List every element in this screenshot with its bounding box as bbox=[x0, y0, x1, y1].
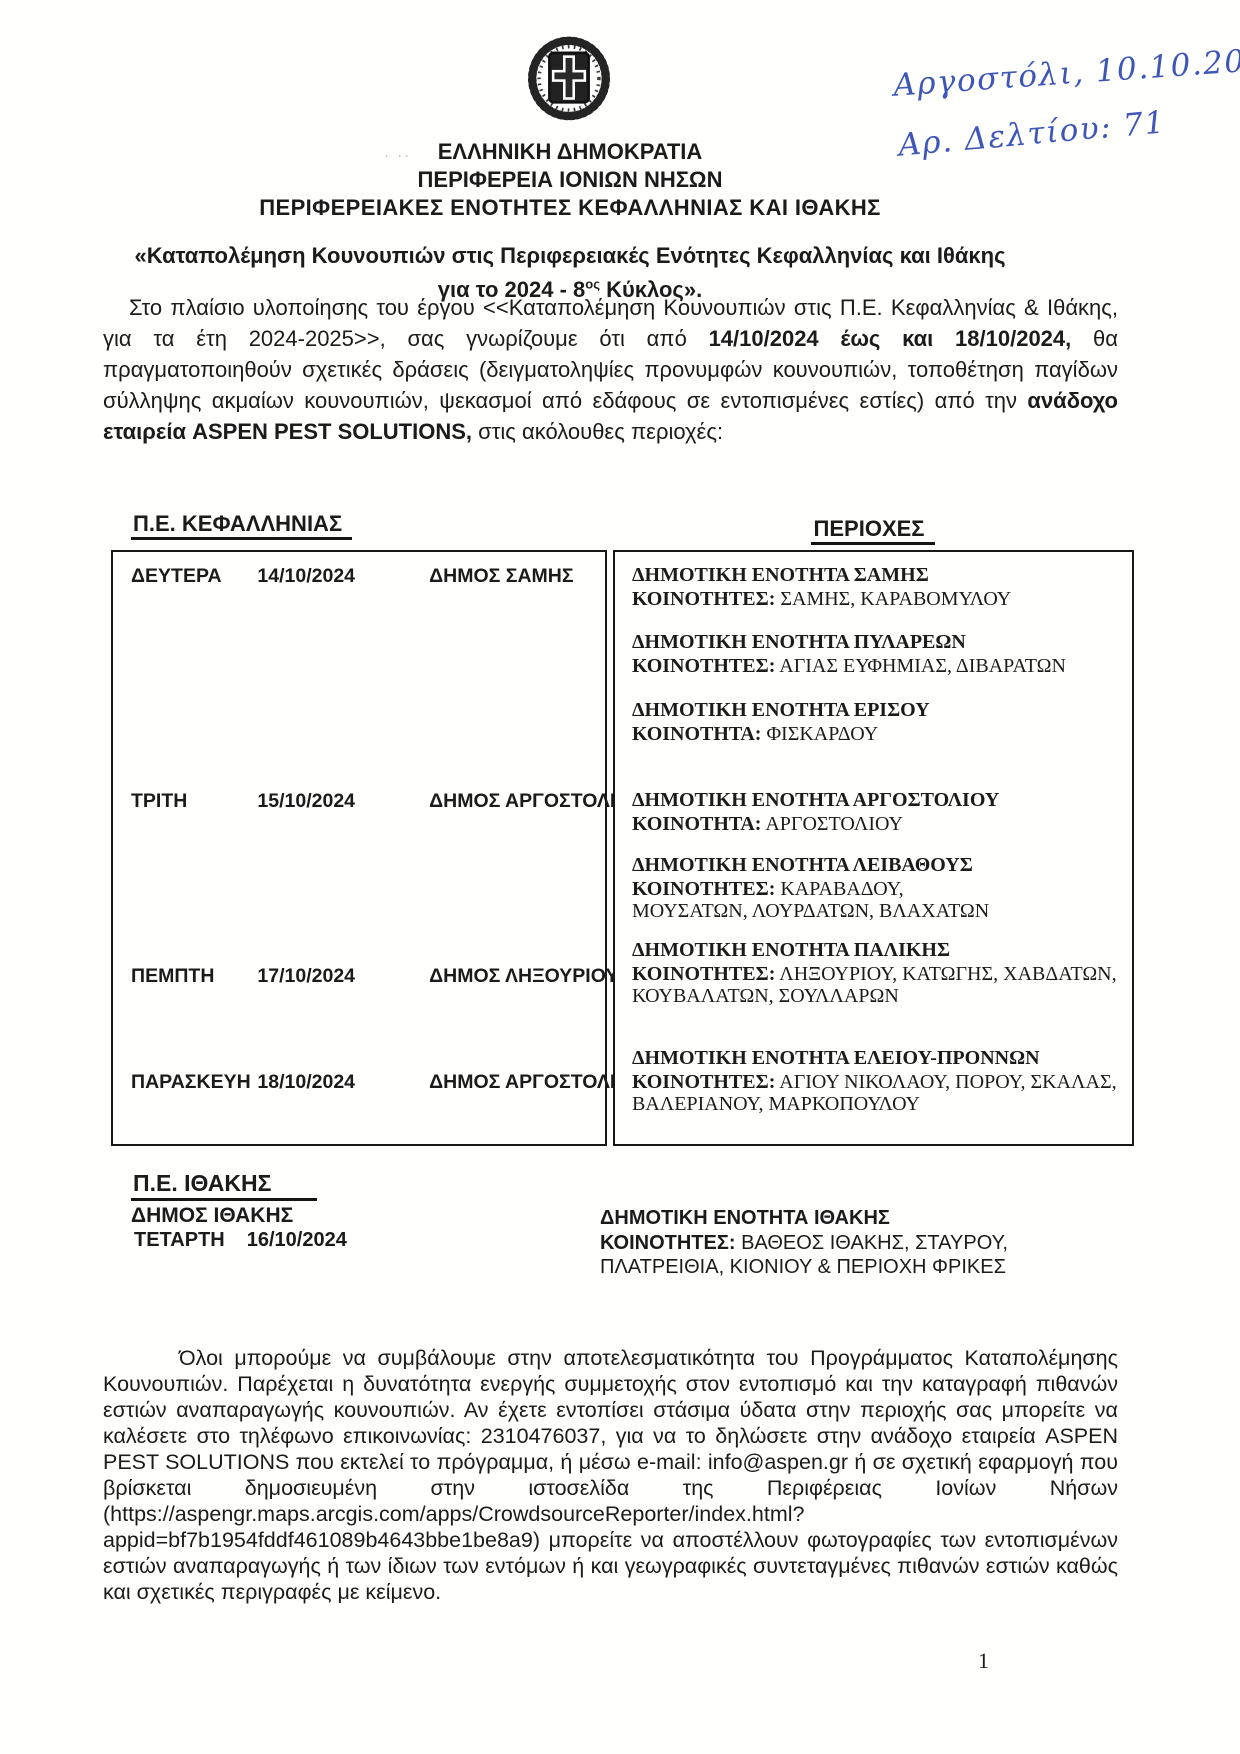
handwritten-date-annotation: Αργοστόλι, 10.10.2024 bbox=[892, 40, 1240, 103]
schedule-date: 17/10/2024 bbox=[257, 965, 424, 988]
area-block: ΔΗΜΟΤΙΚΗ ΕΝΟΤΗΤΑ ΛΕΙΒΑΘΟΥΣ ΚΟΙΝΟΤΗΤΕΣ: Κ… bbox=[632, 854, 1014, 923]
communities-label: ΚΟΙΝΟΤΗΤΑ: bbox=[632, 723, 761, 745]
areas-panel: ΔΗΜΟΤΙΚΗ ΕΝΟΤΗΤΑ ΣΑΜΗΣ ΚΟΙΝΟΤΗΤΕΣ: ΣΑΜΗΣ… bbox=[613, 550, 1134, 1146]
ithaki-date: 16/10/2024 bbox=[247, 1229, 347, 1251]
intro-dates-bold: 14/10/2024 έως και 18/10/2024, bbox=[709, 326, 1072, 351]
schedule-table: ΔΕΥΤΕΡΑ 14/10/2024 ΔΗΜΟΣ ΣΑΜΗΣ ΤΡΙΤΗ 15/… bbox=[111, 550, 607, 1146]
municipal-unit: ΔΗΜΟΤΙΚΗ ΕΝΟΤΗΤΑ ΙΘΑΚΗΣ bbox=[600, 1206, 1080, 1230]
closing-url-line1: (https://aspengr.maps.arcgis.com/apps/Cr… bbox=[103, 1502, 804, 1526]
communities-label: ΚΟΙΝΟΤΗΤΕΣ: bbox=[632, 655, 775, 677]
schedule-municipality: ΔΗΜΟΣ ΣΑΜΗΣ bbox=[429, 565, 573, 587]
area-block: ΔΗΜΟΤΙΚΗ ΕΝΟΤΗΤΑ ΕΡΙΣΟΥ ΚΟΙΝΟΤΗΤΑ: ΦΙΣΚΑ… bbox=[632, 699, 1118, 745]
municipal-unit: ΔΗΜΟΤΙΚΗ ΕΝΟΤΗΤΑ ΕΡΙΣΟΥ bbox=[632, 699, 1118, 722]
schedule-row: ΤΡΙΤΗ 15/10/2024 ΔΗΜΟΣ ΑΡΓΟΣΤΟΛΙΟΥ bbox=[131, 790, 603, 813]
communities-label: ΚΟΙΝΟΤΗΤΕΣ: bbox=[632, 588, 775, 610]
schedule-date: 14/10/2024 bbox=[257, 565, 424, 588]
perioxes-heading: ΠΕΡΙΟΧΕΣ bbox=[753, 516, 993, 542]
header-country: ΕΛΛΗΝΙΚΗ ΔΗΜΟΚΡΑΤΙΑ bbox=[60, 139, 1080, 165]
municipal-unit: ΔΗΜΟΤΙΚΗ ΕΝΟΤΗΤΑ ΛΕΙΒΑΘΟΥΣ bbox=[632, 854, 1014, 877]
schedule-row: ΠΑΡΑΣΚΕΥΗ 18/10/2024 ΔΗΜΟΣ ΑΡΓΟΣΤΟΛΙΟΥ bbox=[131, 1071, 603, 1094]
communities-names: ΑΓΙΑΣ ΕΥΦΗΜΙΑΣ, ΔΙΒΑΡΑΤΩΝ bbox=[775, 655, 1066, 677]
communities-names: ΑΡΓΟΣΤΟΛΙΟΥ bbox=[761, 813, 903, 835]
schedule-date: 15/10/2024 bbox=[257, 790, 424, 813]
schedule-municipality: ΔΗΜΟΣ ΑΡΓΟΣΤΟΛΙΟΥ bbox=[429, 1071, 643, 1093]
area-block: ΔΗΜΟΤΙΚΗ ΕΝΟΤΗΤΑ ΑΡΓΟΣΤΟΛΙΟΥ ΚΟΙΝΟΤΗΤΑ: … bbox=[632, 789, 1118, 835]
closing-text-1: Όλοι μπορούμε να συμβάλουμε στην αποτελε… bbox=[103, 1346, 1118, 1448]
municipal-unit: ΔΗΜΟΤΙΚΗ ΕΝΟΤΗΤΑ ΣΑΜΗΣ bbox=[632, 564, 1118, 587]
schedule-day: ΠΕΜΠΤΗ bbox=[131, 965, 252, 988]
area-block: ΔΗΜΟΤΙΚΗ ΕΝΟΤΗΤΑ ΣΑΜΗΣ ΚΟΙΝΟΤΗΤΕΣ: ΣΑΜΗΣ… bbox=[632, 564, 1118, 610]
communities-label: ΚΟΙΝΟΤΗΤΕΣ: bbox=[632, 878, 775, 900]
communities-names: ΣΑΜΗΣ, ΚΑΡΑΒΟΜΥΛΟΥ bbox=[775, 588, 1011, 610]
municipal-unit: ΔΗΜΟΤΙΚΗ ΕΝΟΤΗΤΑ ΠΑΛΙΚΗΣ bbox=[632, 939, 1118, 962]
schedule-day: ΠΑΡΑΣΚΕΥΗ bbox=[131, 1071, 252, 1094]
schedule-municipality: ΔΗΜΟΣ ΛΗΞΟΥΡΙΟΥ bbox=[429, 965, 618, 987]
communities-label: ΚΟΙΝΟΤΗΤΑ: bbox=[632, 813, 761, 835]
ithaki-day: ΤΕΤΑΡΤΗ bbox=[134, 1229, 225, 1251]
municipal-unit: ΔΗΜΟΤΙΚΗ ΕΝΟΤΗΤΑ ΠΥΛΑΡΕΩΝ bbox=[632, 631, 1118, 654]
ithaki-municipality: ΔΗΜΟΣ ΙΘΑΚΗΣ bbox=[131, 1204, 293, 1228]
ithaki-area-block: ΔΗΜΟΤΙΚΗ ΕΝΟΤΗΤΑ ΙΘΑΚΗΣ ΚΟΙΝΟΤΗΤΕΣ: ΒΑΘΕ… bbox=[600, 1206, 1080, 1279]
schedule-date: 18/10/2024 bbox=[257, 1071, 424, 1094]
communities-label: ΚΟΙΝΟΤΗΤΕΣ: bbox=[600, 1232, 736, 1254]
header-regional-units: ΠΕΡΙΦΕΡΕΙΑΚΕΣ ΕΝΟΤΗΤΕΣ ΚΕΦΑΛΛΗΝΙΑΣ ΚΑΙ Ι… bbox=[60, 195, 1080, 221]
schedule-row: ΔΕΥΤΕΡΑ 14/10/2024 ΔΗΜΟΣ ΣΑΜΗΣ bbox=[131, 565, 603, 588]
schedule-day: ΤΡΙΤΗ bbox=[131, 790, 252, 813]
closing-url-line2: appid=bf7b1954fddf461089b4643bbe1be8a9) bbox=[103, 1528, 540, 1552]
communities-names: ΦΙΣΚΑΡΔΟΥ bbox=[761, 723, 878, 745]
intro-text-3: στις ακόλουθες περιοχές: bbox=[472, 419, 723, 444]
communities-label: ΚΟΙΝΟΤΗΤΕΣ: bbox=[632, 1071, 775, 1093]
area-block: ΔΗΜΟΤΙΚΗ ΕΝΟΤΗΤΑ ΠΥΛΑΡΕΩΝ ΚΟΙΝΟΤΗΤΕΣ: ΑΓ… bbox=[632, 631, 1118, 677]
area-block: ΔΗΜΟΤΙΚΗ ΕΝΟΤΗΤΑ ΠΑΛΙΚΗΣ ΚΟΙΝΟΤΗΤΕΣ: ΛΗΞ… bbox=[632, 939, 1118, 1008]
area-block: ΔΗΜΟΤΙΚΗ ΕΝΟΤΗΤΑ ΕΛΕΙΟΥ-ΠΡΟΝΝΩΝ ΚΟΙΝΟΤΗΤ… bbox=[632, 1047, 1118, 1116]
ithaki-schedule: ΤΕΤΑΡΤΗ16/10/2024 bbox=[134, 1229, 347, 1252]
schedule-day: ΔΕΥΤΕΡΑ bbox=[131, 565, 252, 588]
schedule-row: ΠΕΜΠΤΗ 17/10/2024 ΔΗΜΟΣ ΛΗΞΟΥΡΙΟΥ bbox=[131, 965, 603, 988]
intro-paragraph: Στο πλαίσιο υλοποίησης του έργου <<Καταπ… bbox=[103, 292, 1118, 447]
title-line1: «Καταπολέμηση Κουνουπιών στις Περιφερεια… bbox=[134, 243, 1005, 268]
coat-of-arms-icon bbox=[526, 34, 612, 128]
municipal-unit: ΔΗΜΟΤΙΚΗ ΕΝΟΤΗΤΑ ΑΡΓΟΣΤΟΛΙΟΥ bbox=[632, 789, 1118, 812]
document-page: Αργοστόλι, 10.10.2024 Αρ. Δελτίου: 71 · … bbox=[0, 0, 1240, 1754]
communities-label: ΚΟΙΝΟΤΗΤΕΣ: bbox=[632, 963, 775, 985]
header-region: ΠΕΡΙΦΕΡΕΙΑ ΙΟΝΙΩΝ ΝΗΣΩΝ bbox=[60, 167, 1080, 193]
schedule-municipality: ΔΗΜΟΣ ΑΡΓΟΣΤΟΛΙΟΥ bbox=[429, 790, 643, 812]
ordinal-superscript: ος bbox=[585, 277, 600, 292]
kefallinia-heading: Π.Ε. ΚΕΦΑΛΛΗΝΙΑΣ bbox=[131, 511, 352, 537]
municipal-unit: ΔΗΜΟΤΙΚΗ ΕΝΟΤΗΤΑ ΕΛΕΙΟΥ-ΠΡΟΝΝΩΝ bbox=[632, 1047, 1118, 1070]
closing-paragraph: Όλοι μπορούμε να συμβάλουμε στην αποτελε… bbox=[103, 1345, 1118, 1605]
ithaki-heading: Π.Ε. ΙΘΑΚΗΣ bbox=[131, 1170, 317, 1197]
page-number: 1 bbox=[978, 1648, 989, 1674]
